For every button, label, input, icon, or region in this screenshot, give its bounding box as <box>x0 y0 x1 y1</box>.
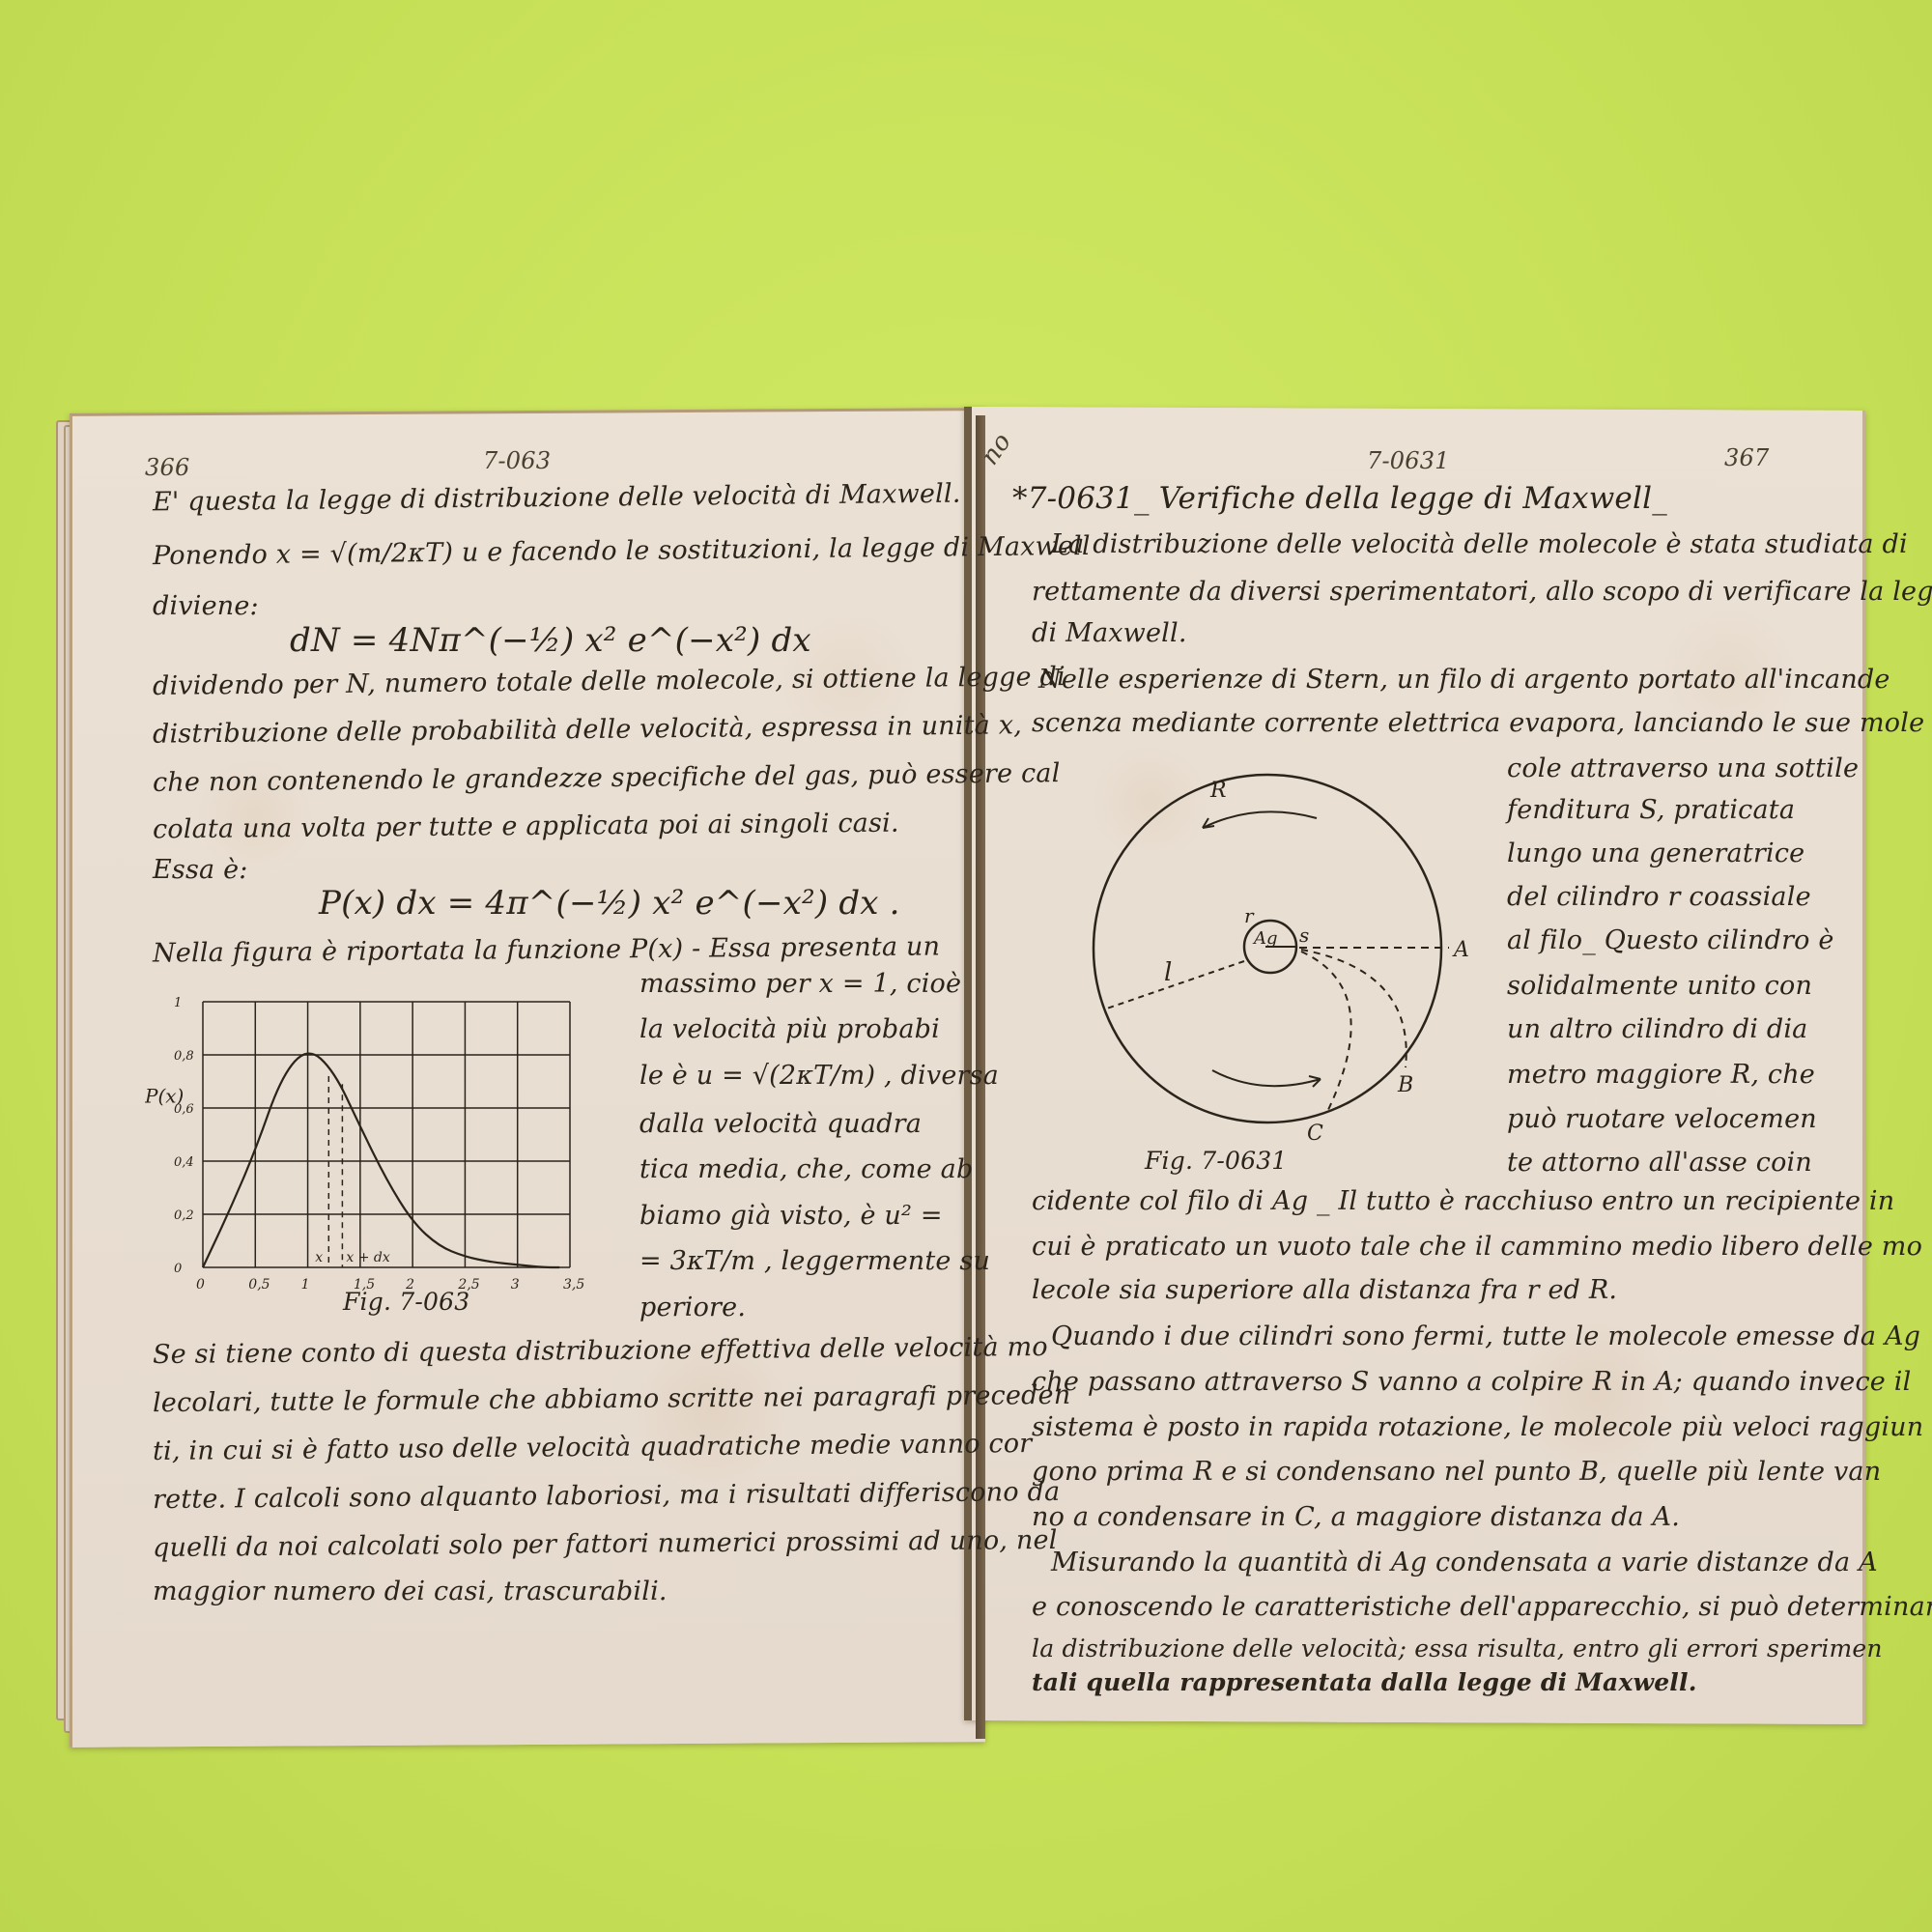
x-tick-label: 0,5 <box>248 1277 270 1293</box>
text-line: lecole sia superiore alla distanza fra r… <box>1032 1275 1617 1305</box>
text-line: gono prima R e si condensano nel punto B… <box>1032 1457 1881 1487</box>
dx-marker-label: x + dx <box>346 1250 389 1265</box>
distance-l <box>1104 961 1244 1009</box>
y-tick-label: 0,4 <box>174 1155 194 1170</box>
path-to-B <box>1301 950 1406 1067</box>
page-number-left: 366 <box>145 454 189 481</box>
x-tick-label: 1 <box>301 1277 310 1293</box>
text-line: diviene: <box>153 591 259 621</box>
text-line: la distribuzione delle velocità; essa ri… <box>1032 1634 1883 1662</box>
diagram-canvas: R r Ag s A B C l <box>1067 749 1512 1193</box>
text-line: scenza mediante corrente elettrica evapo… <box>1032 708 1924 738</box>
stern-experiment-diagram: R r Ag s A B C l <box>1067 749 1512 1193</box>
section-header-right: 7-0631 <box>1367 447 1450 474</box>
text-line: Nelle esperienze di Stern, un filo di ar… <box>1038 665 1890 695</box>
label-s: s <box>1299 923 1309 947</box>
label-A: A <box>1452 938 1469 962</box>
label-R: R <box>1209 779 1227 803</box>
side-text-line: tica media, che, come ab <box>639 1154 973 1184</box>
y-tick-label: 0,2 <box>174 1208 194 1223</box>
y-tick-label: 0,8 <box>174 1049 194 1064</box>
side-text-line: lungo una generatrice <box>1507 838 1804 868</box>
label-r: r <box>1244 904 1255 927</box>
side-text-line: massimo per x = 1, cioè <box>639 969 961 999</box>
label-l: l <box>1164 958 1172 987</box>
label-C: C <box>1307 1122 1323 1146</box>
side-text-line: biamo già visto, è u² = <box>639 1201 943 1231</box>
label-B: B <box>1397 1073 1413 1097</box>
side-text-line: dalla velocità quadra <box>639 1109 922 1139</box>
text-line: Quando i due cilindri sono fermi, tutte … <box>1051 1321 1920 1351</box>
text-line: cui è praticato un vuoto tale che il cam… <box>1032 1232 1922 1262</box>
dx-marker-label: x <box>315 1250 323 1265</box>
path-to-C <box>1301 952 1351 1114</box>
figure-caption-left: Fig. 7-063 <box>343 1288 469 1316</box>
text-line: e conoscendo le caratteristiche dell'app… <box>1032 1592 1932 1622</box>
section-header-left: 7-063 <box>483 447 551 474</box>
page-number-right: 367 <box>1724 444 1769 471</box>
text-line: maggior numero dei casi, trascurabili. <box>153 1577 668 1606</box>
y-tick-label: 0 <box>174 1262 182 1276</box>
text-line: che passano attraverso S vanno a colpire… <box>1032 1367 1911 1397</box>
side-text-line: metro maggiore R, che <box>1507 1060 1815 1090</box>
equation-dn: dN = 4Nπ^(−½) x² e^(−x²) dx <box>290 621 811 660</box>
side-text-line: le è u = √(2κT/m) , diversa <box>639 1061 999 1091</box>
text-line: sistema è posto in rapida rotazione, le … <box>1032 1412 1923 1442</box>
side-text-line: può ruotare velocemen <box>1507 1104 1817 1134</box>
side-text-line: la velocità più probabi <box>639 1014 940 1044</box>
maxwell-distribution-chart: 00,511,522,533,500,20,40,60,81P(x)xx + d… <box>145 990 609 1319</box>
text-line: cidente col filo di Ag _ Il tutto è racc… <box>1032 1186 1894 1216</box>
section-title: *7-0631_ Verifiche della legge di Maxwel… <box>1012 481 1667 516</box>
side-text-line: te attorno all'asse coin <box>1507 1148 1812 1178</box>
chart-canvas: 00,511,522,533,500,20,40,60,81P(x)xx + d… <box>145 990 609 1319</box>
side-text-line: cole attraverso una sottile <box>1507 753 1859 783</box>
figure-caption-right: Fig. 7-0631 <box>1145 1147 1287 1175</box>
side-text-line: periore. <box>639 1293 746 1322</box>
equation-px: P(x) dx = 4π^(−½) x² e^(−x²) dx . <box>319 884 900 923</box>
text-line: Essa è: <box>153 855 248 885</box>
text-line: rettamente da diversi sperimentatori, al… <box>1032 577 1932 607</box>
x-tick-label: 3,5 <box>563 1277 584 1293</box>
text-line: La distribuzione delle velocità delle mo… <box>1051 529 1908 559</box>
text-line: no a condensare in C, a maggiore distanz… <box>1032 1502 1680 1532</box>
y-axis-label: P(x) <box>145 1085 184 1108</box>
text-line: Misurando la quantità di Ag condensata a… <box>1051 1548 1878 1577</box>
side-text-line: solidalmente unito con <box>1507 971 1812 1001</box>
x-tick-label: 0 <box>196 1277 205 1293</box>
outer-cylinder-R <box>1094 775 1441 1122</box>
text-line: di Maxwell. <box>1032 618 1187 648</box>
y-tick-label: 1 <box>174 996 182 1010</box>
side-text-line: = 3κT/m , leggermente su <box>639 1246 990 1276</box>
side-text-line: un altro cilindro di dia <box>1507 1014 1807 1044</box>
side-text-line: al filo_ Questo cilindro è <box>1507 925 1834 955</box>
side-text-line: del cilindro r coassiale <box>1507 882 1811 912</box>
side-text-line: fenditura S, praticata <box>1507 795 1795 825</box>
text-line: tali quella rappresentata dalla legge di… <box>1032 1668 1697 1696</box>
x-tick-label: 3 <box>511 1277 520 1293</box>
label-Ag: Ag <box>1252 928 1278 949</box>
